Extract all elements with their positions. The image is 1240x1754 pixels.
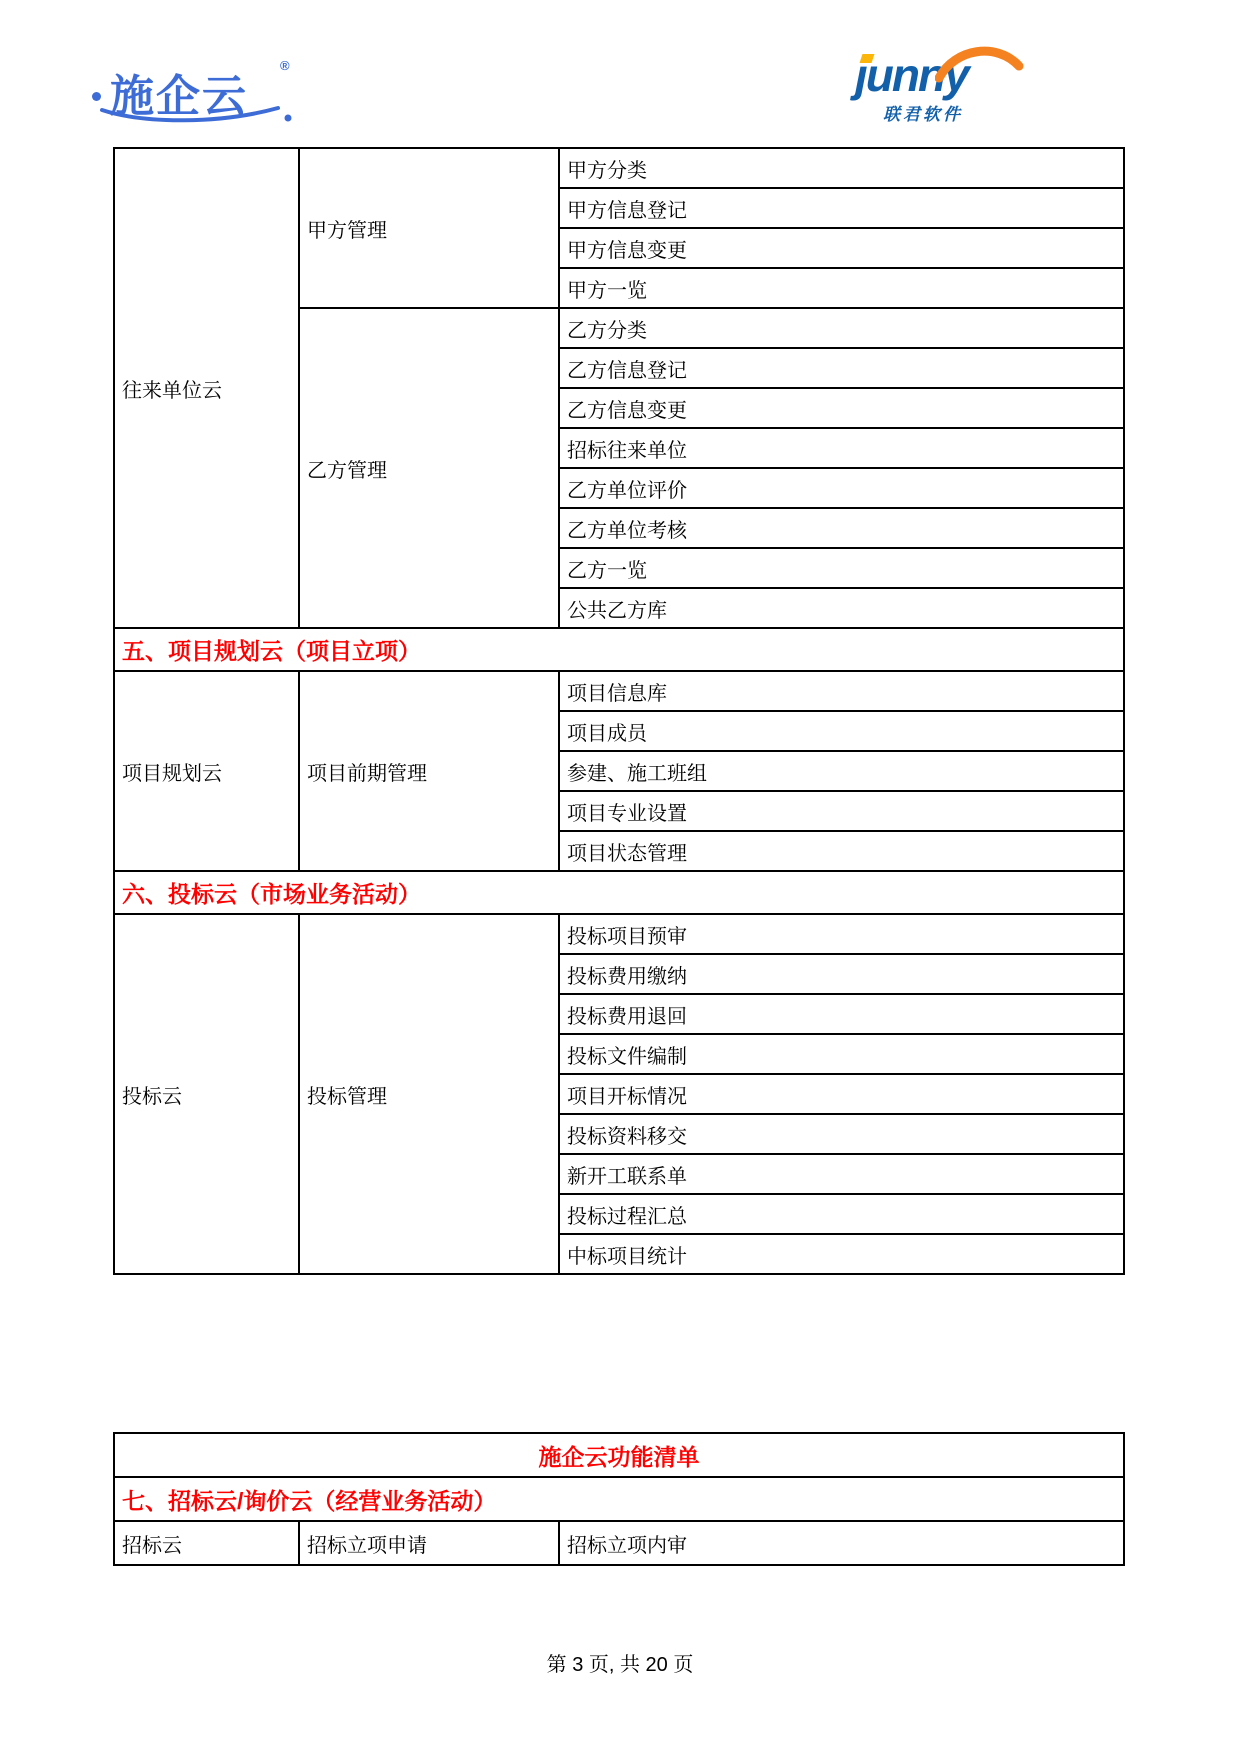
table-row: 往来单位云甲方管理甲方分类: [114, 148, 1124, 188]
table-row: 投标云投标管理投标项目预审: [114, 914, 1124, 954]
shiqiyun-logo: 施企云 ®: [92, 58, 322, 128]
feature-cell: 公共乙方库: [559, 588, 1124, 628]
section-header-row: 五、项目规划云（项目立项）: [114, 628, 1124, 671]
feature-cell: 乙方单位评价: [559, 468, 1124, 508]
feature-cell: 投标费用缴纳: [559, 954, 1124, 994]
logo-dot-icon: [92, 92, 101, 101]
junny-logo: junny 联君软件: [855, 52, 1025, 130]
feature-cell: 投标文件编制: [559, 1034, 1124, 1074]
feature-cell: 投标费用退回: [559, 994, 1124, 1034]
category-cell: 投标云: [114, 914, 299, 1274]
section-header-row: 六、投标云（市场业务活动）: [114, 871, 1124, 914]
feature-cell: 招标往来单位: [559, 428, 1124, 468]
feature-cell: 乙方单位考核: [559, 508, 1124, 548]
table-row: 招标云 招标立项申请 招标立项内审: [114, 1521, 1124, 1565]
subcategory-cell: 投标管理: [299, 914, 559, 1274]
junny-logo-subtext: 联君软件: [883, 100, 1003, 125]
feature-cell: 中标项目统计: [559, 1234, 1124, 1274]
feature-cell: 招标立项内审: [559, 1521, 1124, 1565]
section-header: 六、投标云（市场业务活动）: [114, 871, 1124, 914]
feature-cell: 项目成员: [559, 711, 1124, 751]
feature-cell: 乙方一览: [559, 548, 1124, 588]
subcategory-cell: 乙方管理: [299, 308, 559, 628]
category-cell: 招标云: [114, 1521, 299, 1565]
logo-swoosh-icon: [100, 104, 300, 126]
subcategory-cell: 招标立项申请: [299, 1521, 559, 1565]
table-title-row: 施企云功能清单: [114, 1433, 1124, 1477]
subcategory-cell: 项目前期管理: [299, 671, 559, 871]
feature-cell: 甲方信息登记: [559, 188, 1124, 228]
registered-trademark-mark: ®: [280, 58, 290, 73]
document-page: 施企云 ® junny 联君软件 往来单位云甲方管理甲方分类甲方信息登记甲方信息…: [0, 0, 1240, 1754]
section-header: 五、项目规划云（项目立项）: [114, 628, 1124, 671]
category-cell: 项目规划云: [114, 671, 299, 871]
feature-cell: 项目状态管理: [559, 831, 1124, 871]
feature-cell: 甲方分类: [559, 148, 1124, 188]
table-row: 项目规划云项目前期管理项目信息库: [114, 671, 1124, 711]
feature-cell: 投标过程汇总: [559, 1194, 1124, 1234]
feature-cell: 投标资料移交: [559, 1114, 1124, 1154]
section-header-row: 七、招标云/询价云（经营业务活动）: [114, 1477, 1124, 1521]
feature-cell: 参建、施工班组: [559, 751, 1124, 791]
subcategory-cell: 甲方管理: [299, 148, 559, 308]
junny-swoosh-icon: [935, 44, 1025, 84]
feature-cell: 项目信息库: [559, 671, 1124, 711]
feature-cell: 乙方分类: [559, 308, 1124, 348]
feature-cell: 甲方信息变更: [559, 228, 1124, 268]
feature-cell: 项目专业设置: [559, 791, 1124, 831]
feature-table-continued: 施企云功能清单 七、招标云/询价云（经营业务活动） 招标云 招标立项申请 招标立…: [113, 1432, 1125, 1566]
page-indicator: 第 3 页, 共 20 页: [0, 1648, 1240, 1677]
feature-cell: 甲方一览: [559, 268, 1124, 308]
feature-cell: 新开工联系单: [559, 1154, 1124, 1194]
table-title: 施企云功能清单: [114, 1433, 1124, 1477]
section-header: 七、招标云/询价云（经营业务活动）: [114, 1477, 1124, 1521]
category-cell: 往来单位云: [114, 148, 299, 628]
feature-cell: 项目开标情况: [559, 1074, 1124, 1114]
feature-table: 往来单位云甲方管理甲方分类甲方信息登记甲方信息变更甲方一览乙方管理乙方分类乙方信…: [113, 147, 1125, 1275]
feature-cell: 投标项目预审: [559, 914, 1124, 954]
feature-cell: 乙方信息变更: [559, 388, 1124, 428]
feature-cell: 乙方信息登记: [559, 348, 1124, 388]
